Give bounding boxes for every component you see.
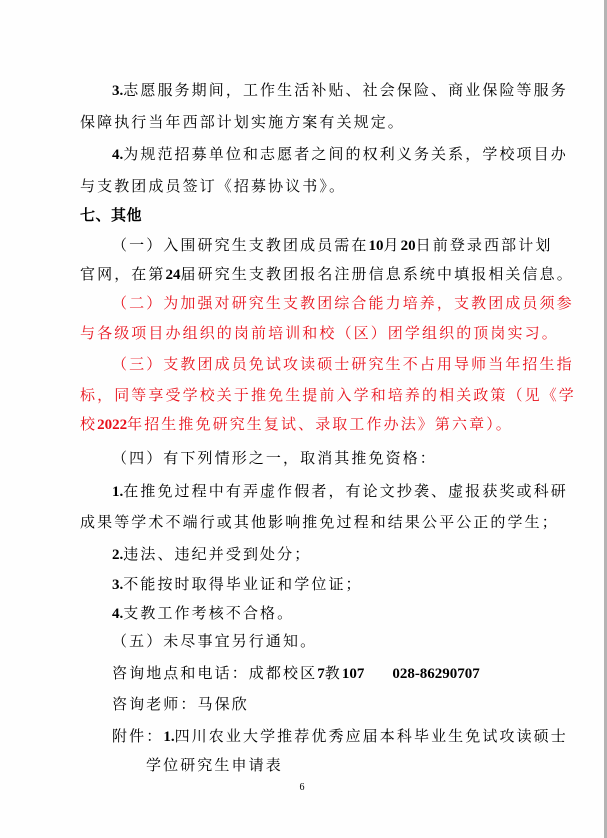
item-number: 4. (112, 606, 123, 622)
attachment-line-2: 学位研究生申请表 (146, 755, 594, 775)
item-number: 3. (112, 83, 123, 99)
section-heading: 七、其他 (80, 205, 528, 225)
text: （一）入围研究生支教团成员需在 (112, 236, 369, 254)
item-3-line-1: （三）支教团成员免试攻读硕士研究生不占用导师当年招生指 (112, 354, 528, 374)
text: 日前登录西部计划 (416, 236, 553, 254)
text: 支教工作考核不合格。 (123, 604, 294, 622)
attachment-label: 附件： (112, 727, 163, 745)
item-2-line-1: （二）为加强对研究生支教团综合能力培养，支教团成员须参 (112, 293, 528, 313)
day-value: 20 (401, 238, 416, 254)
item-number: 1. (163, 729, 174, 745)
item-number: 3. (112, 577, 123, 593)
session-value: 24 (166, 267, 181, 283)
item-number: 1. (112, 484, 123, 500)
document-page: 3.志愿服务期间，工作生活补贴、社会保险、商业保险等服务 保障执行当年西部计划实… (0, 0, 607, 838)
room-number: 107 (342, 666, 365, 682)
text: 年招生推免研究生复试、录取工作办法》第六章）。 (127, 415, 513, 433)
contact-teacher: 咨询老师：马保欣 (112, 694, 528, 714)
text: 届研究生支教团报名注册信息系统中填报相关信息。 (181, 265, 574, 283)
building-number: 7 (317, 666, 325, 682)
text: 校 (80, 415, 97, 433)
item-3-line-2: 标，同等享受学校关于推免生提前入学和培养的相关政策（见《学 (80, 385, 528, 405)
paragraph-4-line-2: 与支教团成员签订《招募协议书》。 (80, 176, 528, 196)
attachment-line-1: 附件：1.四川农业大学推荐优秀应届本科毕业生免试攻读硕士 (112, 726, 528, 747)
item-1-line-2: 官网，在第24届研究生支教团报名注册信息系统中填报相关信息。 (80, 264, 528, 285)
disqualify-case-1-line-2: 成果等学术不端行或其他影响推免过程和结果公平公正的学生； (80, 512, 528, 532)
item-3-line-3: 校2022年招生推免研究生复试、录取工作办法》第六章）。 (80, 414, 528, 435)
text: 为规范招募单位和志愿者之间的权利义务关系，学校项目办 (123, 145, 568, 163)
paragraph-3-line-2: 保障执行当年西部计划实施方案有关规定。 (80, 112, 528, 132)
paragraph-4-line-1: 4.为规范招募单位和志愿者之间的权利义务关系，学校项目办 (112, 144, 528, 165)
disqualify-case-4: 4.支教工作考核不合格。 (112, 603, 528, 624)
disqualify-case-3: 3.不能按时取得毕业证和学位证； (112, 574, 528, 595)
phone-number: 028-86290707 (392, 666, 480, 682)
text: 志愿服务期间，工作生活补贴、社会保险、商业保险等服务 (123, 81, 568, 99)
text: 在推免过程中有弄虚作假者，有论文抄袭、虚报获奖或科研 (123, 482, 568, 500)
item-5: （五）未尽事宜另行通知。 (112, 631, 528, 651)
text: 违法、违纪并受到处分； (123, 545, 311, 563)
disqualify-case-1-line-1: 1.在推免过程中有弄虚作假者，有论文抄袭、虚报获奖或科研 (112, 481, 528, 502)
building-text: 教 (325, 664, 342, 682)
item-number: 2. (112, 547, 123, 563)
location-label: 咨询地点和电话：成都校区 (112, 664, 317, 682)
item-4-intro: （四）有下列情形之一，取消其推免资格： (112, 448, 528, 468)
contact-location: 咨询地点和电话：成都校区7教107028-86290707 (112, 663, 528, 684)
text: 官网，在第 (80, 265, 166, 283)
year-value: 2022 (97, 417, 127, 433)
item-number: 4. (112, 147, 123, 163)
item-2-line-2: 与各级项目办组织的岗前培训和校（区）团学组织的顶岗实习。 (80, 323, 528, 343)
disqualify-case-2: 2.违法、违纪并受到处分； (112, 544, 528, 565)
page-number: 6 (0, 782, 604, 793)
text: 月 (384, 236, 401, 254)
paragraph-3-line-1: 3.志愿服务期间，工作生活补贴、社会保险、商业保险等服务 (112, 80, 528, 101)
month-value: 10 (369, 238, 384, 254)
attachment-title: 四川农业大学推荐优秀应届本科毕业生免试攻读硕士 (175, 727, 568, 745)
text: 不能按时取得毕业证和学位证； (123, 575, 362, 593)
item-1-line-1: （一）入围研究生支教团成员需在10月20日前登录西部计划 (112, 235, 528, 256)
